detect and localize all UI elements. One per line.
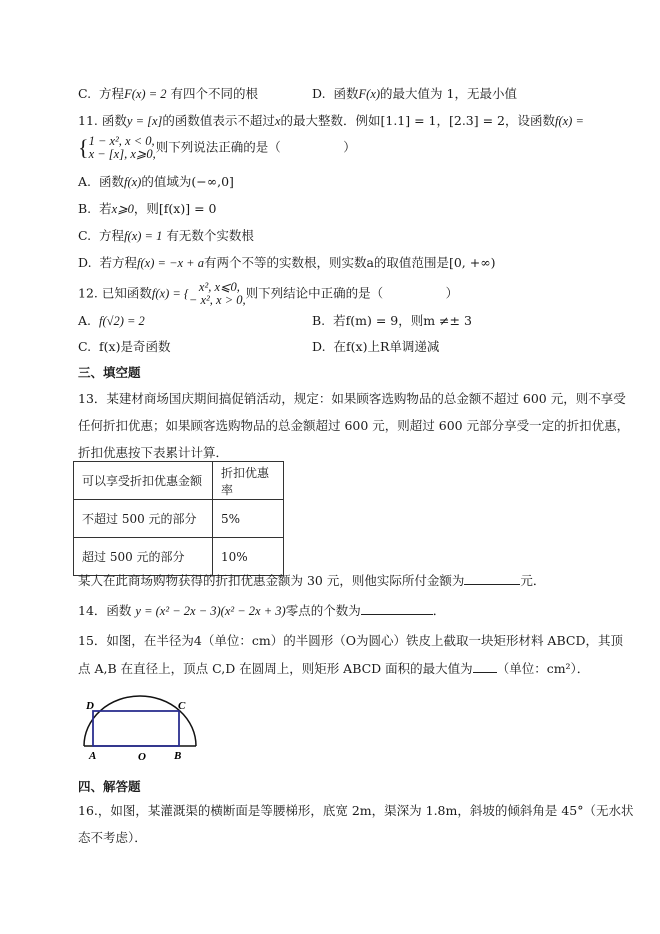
stem-text: 函数 [102,113,127,128]
section-title-answer: 四、解答题 [78,779,141,795]
option-math: F(x) = 2 [124,87,166,101]
answer-blank [361,602,433,615]
option-text: f(√2) = 2 [99,314,145,328]
option-label: C. [78,228,91,243]
option-math: f(x) = 1 [124,229,162,243]
option-label: D. [312,86,326,101]
option-text: 有无数个实数根 [162,228,253,243]
option-text: ，则[f(x)] = 0 [134,201,217,216]
option-text: 函数 [99,174,124,189]
table-cell: 5% [213,500,284,538]
option-text: 有两个不等的实数根，则实数a的取值范围是[0, +∞) [204,255,496,270]
option-label: A. [78,313,91,328]
option-label: B. [78,201,91,216]
piece-row: x − [x], x⩾0, [89,147,156,161]
discount-table: 可以享受折扣优惠金额 折扣优惠率 不超过 500 元的部分 5% 超过 500 … [73,461,284,576]
option-label: A. [78,174,91,189]
table-row: 超过 500 元的部分 10% [74,538,284,576]
option-label: D. [312,339,326,354]
option-text: 方程 [99,86,124,101]
stem-text: 零点的个数为 [286,603,361,618]
q13-line3: 折扣优惠按下表累计计算． [78,445,228,461]
q11-stem-line1: 11. 函数y = [x]的函数值表示不超过x的最大整数．例如[1.1] = 1… [78,113,584,129]
label-a: A [88,750,96,762]
option-math: x⩾0 [112,202,134,216]
answer-blank [464,572,520,585]
q15-line1: 15．如图，在半径为4（单位：cm）的半圆形（O为圆心）铁皮上截取一块矩形材料 … [78,633,623,649]
q11-option-d: D. 若方程f(x) = −x + a有两个不等的实数根，则实数a的取值范围是[… [78,255,495,271]
question-number: 11. [78,113,98,128]
answer-blank [473,660,497,673]
stem-math: f(x) = [555,114,584,128]
stem-text: 某人在此商场购物获得的折扣优惠金额为 30 元，则他实际所付金额为 [78,573,464,588]
piece-row: 1 − x², x < 0, [89,134,155,148]
option-text: f(x)是奇函数 [99,339,170,354]
stem-text: 的函数值表示不超过 [162,113,275,128]
stem-math: y = (x² − 2x − 3)(x² − 2x + 3) [135,604,285,618]
q13-line2: 任何折扣优惠；如果顾客选购物品的总金额超过 600 元，则超过 600 元部分享… [78,418,629,434]
label-b: B [173,750,181,762]
semicircle-rectangle-figure: D C A O B [78,692,228,762]
stem-text: ． [433,603,446,618]
q11-option-a: A. 函数f(x)的值域为(−∞,0] [78,174,234,190]
q11-option-b: B. 若x⩾0，则[f(x)] = 0 [78,201,216,217]
option-text: 若f(m) = 9，则m ≠± 3 [333,313,472,328]
q14: 14．函数 y = (x² − 2x − 3)(x² − 2x + 3)零点的个… [78,602,445,619]
option-text: 在f(x)上R单调递减 [334,339,440,354]
option-label: C. [78,86,91,101]
piecewise-rows: x², x⩽0,− x², x > 0, [189,281,246,307]
q12-option-a: A. f(√2) = 2 [78,313,145,329]
table-cell: 10% [213,538,284,576]
q10-option-c: C. 方程F(x) = 2 有四个不同的根 [78,86,258,102]
q16-line2: 态不考虑）． [78,830,147,846]
option-math: F(x) [359,87,381,101]
question-number: 12. [78,286,98,301]
q12-option-d: D. 在f(x)上R单调递减 [312,339,439,355]
stem-math: f(x) = { [152,287,189,301]
stem-text: 已知函数 [102,286,152,301]
option-label: C. [78,339,91,354]
q11-stem-line2: {1 − x², x < 0,x − [x], x⩾0, 则下列说法正确的是（ … [78,135,356,161]
piece-row: − x², x > 0, [189,293,246,307]
option-text: 函数 [334,86,359,101]
stem-text: 点 A,B 在直径上，顶点 C,D 在圆周上，则矩形 ABCD 面积的最大值为 [78,661,473,676]
label-c: C [178,700,186,712]
option-text: 方程 [99,228,124,243]
piece-row: x², x⩽0, [189,280,240,294]
q13-line1: 13．某建材商场国庆期间搞促销活动，规定：如果顾客选购物品的总金额不超过 600… [78,391,626,407]
q12-option-c: C. f(x)是奇函数 [78,339,170,355]
piecewise-function: {1 − x², x < 0,x − [x], x⩾0, [78,135,156,161]
q13-line4: 某人在此商场购物获得的折扣优惠金额为 30 元，则他实际所付金额为元． [78,572,545,589]
option-text: 的最大值为 1，无最小值 [380,86,517,101]
table-cell: 超过 500 元的部分 [74,538,213,576]
q10-option-d: D. 函数F(x)的最大值为 1，无最小值 [312,86,517,102]
piecewise-function: x², x⩽0,− x², x > 0, [189,281,246,307]
stem-text: （单位：cm²）． [497,661,590,676]
stem-text: 则下列说法正确的是（ ） [156,140,356,155]
table-header: 可以享受折扣优惠金额 [74,462,213,500]
q16-line1: 16.，如图，某灌溉渠的横断面是等腰梯形，底宽 2m，渠深为 1.8m，斜坡的倾… [78,803,634,819]
table-cell: 不超过 500 元的部分 [74,500,213,538]
q11-option-c: C. 方程f(x) = 1 有无数个实数根 [78,228,254,244]
stem-text: 的最大整数．例如[1.1] = 1，[2.3] = 2，设函数 [280,113,555,128]
option-text: 有四个不同的根 [167,86,258,101]
q12-option-b: B. 若f(m) = 9，则m ≠± 3 [312,313,472,329]
option-label: B. [312,313,325,328]
stem-text: 14．函数 [78,603,131,618]
table-header-row: 可以享受折扣优惠金额 折扣优惠率 [74,462,284,500]
rectangle-abcd [93,711,179,746]
brace-symbol: { [78,135,89,160]
option-text: 若方程 [100,255,138,270]
stem-math: y = [x] [127,114,163,128]
option-text: 若 [99,201,112,216]
option-text: 的值域为(−∞,0] [141,174,234,189]
stem-text: 则下列结论中正确的是（ ） [246,286,459,301]
q15-line2: 点 A,B 在直径上，顶点 C,D 在圆周上，则矩形 ABCD 面积的最大值为（… [78,660,589,677]
option-label: D. [78,255,92,270]
section-title-fill-in: 三、填空题 [78,365,141,381]
table-row: 不超过 500 元的部分 5% [74,500,284,538]
stem-text: 元． [520,573,545,588]
label-d: D [85,700,94,712]
piecewise-rows: 1 − x², x < 0,x − [x], x⩾0, [89,135,156,161]
label-o: O [138,751,146,762]
table-header: 折扣优惠率 [213,462,284,500]
q12-stem: 12. 已知函数f(x) = {x², x⩽0,− x², x > 0,则下列结… [78,281,458,307]
option-math: f(x) = −x + a [137,256,204,270]
option-math: f(x) [124,175,141,189]
